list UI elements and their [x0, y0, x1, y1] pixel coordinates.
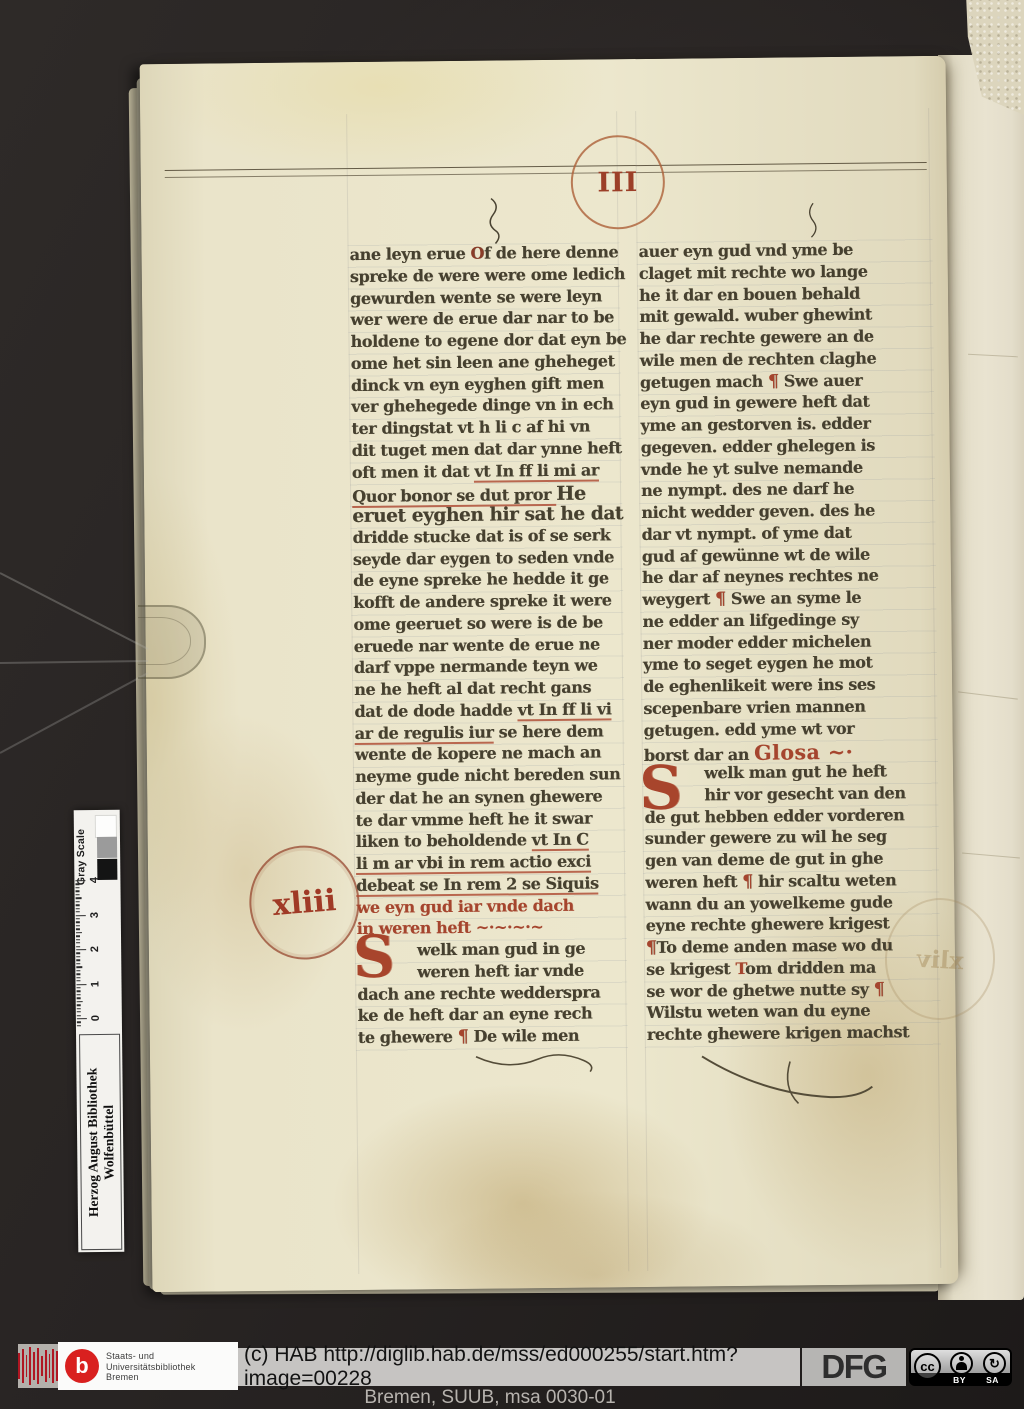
manuscript-text-segment: om dridden ma — [745, 957, 876, 977]
ruler-tick — [76, 894, 80, 895]
manuscript-text-segment: seyde dar eygen to seden vnde — [353, 547, 614, 569]
manuscript-text-segment: ver ghehegede dinge vn in ech — [351, 395, 613, 417]
manuscript-line: dridde stucke dat is of se serk — [352, 525, 624, 550]
manuscript-line: in weren heft ~·~·~·~ — [357, 916, 629, 941]
barcode-bar — [22, 1349, 24, 1383]
manuscript-text-segment: sunder gewere zu wil he seg — [645, 827, 887, 849]
manuscript-text-segment: dat de dode hadde — [354, 700, 517, 721]
manuscript-text-segment: oft men it dat — [352, 461, 475, 481]
manuscript-text-segment: ¶ — [768, 371, 779, 391]
chapter-number-margin: xliii — [271, 883, 337, 923]
ruler-tick — [76, 942, 80, 943]
manuscript-line: der dat he an synen ghewere — [355, 786, 627, 811]
manuscript-line: ter dingstat vt h li c af hi vn — [351, 416, 623, 441]
manuscript-line: kofft de andere spreke it were — [353, 590, 625, 615]
manuscript-line: gewurden wente se were leyn — [350, 286, 622, 311]
manuscript-text-segment: liken to beholdende — [356, 830, 532, 851]
manuscript-line: mit gewald. wuber ghewint — [639, 304, 937, 329]
grayscale-patch-gray — [97, 837, 117, 858]
manuscript-line: borst dar an Glosa ~· — [644, 739, 942, 764]
ruler-tick — [77, 1022, 81, 1023]
manuscript-line: hir vor gesecht van den — [644, 783, 942, 808]
manuscript-line: ne edder an lifgedinge sy — [642, 609, 940, 634]
manuscript-line: gud af gewünne wt de wile — [642, 543, 940, 568]
ruler-tick — [76, 935, 80, 936]
manuscript-text-segment: mit gewald. wuber ghewint — [639, 305, 872, 326]
manuscript-line: eyn gud in gewere heft dat — [640, 391, 938, 416]
ruler-tick — [77, 1001, 83, 1002]
manuscript-line: de gut hebben edder vorderen — [644, 804, 942, 829]
manuscript-photo-stage: III xliii ane leyn erue Of de here denne… — [0, 0, 1024, 1409]
manuscript-text-segment: ar de regulis iur — [355, 722, 494, 744]
ruler-tick — [77, 991, 81, 992]
manuscript-line: getugen mach ¶ Swe auer — [640, 369, 938, 394]
manuscript-line: wile men de rechten claghe — [640, 348, 938, 373]
manuscript-text-segment: scepenbare vrien mannen — [643, 696, 865, 717]
bremen-logo-icon: b — [65, 1349, 99, 1383]
manuscript-line: he dar rechte gewere an de — [639, 326, 937, 351]
manuscript-line: yme to seget eygen he mot — [643, 652, 941, 677]
manuscript-text-segment: weren heft iar vnde — [417, 960, 584, 981]
manuscript-line: Wilstu weten wan du eyne — [646, 1000, 944, 1025]
bremen-library-logo-panel: b Staats- und Universitätsbibliothek Bre… — [58, 1342, 238, 1390]
manuscript-line: te dar vmme heft he it swar — [355, 808, 627, 833]
ruler-tick — [76, 970, 80, 971]
ruler-tick — [76, 901, 80, 902]
manuscript-line: weren heft ¶ hir scaltu weten — [645, 870, 943, 895]
ruler-tick — [77, 1011, 81, 1012]
manuscript-text-segment: ¶ — [715, 589, 726, 609]
ruler-tick — [77, 1018, 87, 1019]
rubricated-initial-left: S — [353, 928, 395, 986]
ruler-tick — [77, 984, 87, 985]
ruler-tick — [77, 987, 81, 988]
manuscript-text-segment: ¶ — [646, 938, 657, 958]
scale-reference-card: Gray Scale 43210 Herzog August Bibliothe… — [74, 810, 125, 1252]
manuscript-line: darf vppe nermande teyn we — [354, 655, 626, 680]
manuscript-line: ne nympt. des ne darf he — [641, 478, 939, 503]
manuscript-line: oft men it dat vt In ff li mi ar — [352, 460, 624, 485]
leaf-edge-line — [958, 691, 1018, 699]
ruler-tick — [77, 1025, 81, 1026]
manuscript-text-segment: getugen mach — [640, 371, 768, 391]
manuscript-line: he dar af neynes rechtes ne — [642, 565, 940, 590]
ruler-tick — [76, 922, 80, 923]
manuscript-line: wann du an yowelkeme gude — [645, 891, 943, 916]
manuscript-line: de eghenlikeit were ins ses — [643, 674, 941, 699]
ruler-tick — [76, 915, 86, 916]
ruled-top-line — [165, 169, 927, 178]
manuscript-text-segment: he dar rechte gewere an de — [639, 327, 873, 348]
barcode-bar — [49, 1354, 51, 1378]
manuscript-text-segment: yme an gestorven is. edder — [640, 414, 870, 435]
manuscript-text-segment: de eyne spreke he hedde it ge — [353, 569, 609, 591]
manuscript-line: yme an gestorven is. edder — [640, 413, 938, 438]
manuscript-line: dach ane rechte wedderspra — [357, 982, 629, 1007]
copyright-url: (c) HAB http://diglib.hab.de/mss/ed00025… — [238, 1348, 800, 1386]
manuscript-line: dat de dode hadde vt In ff li vi — [354, 699, 626, 724]
ruler-tick — [77, 997, 81, 998]
manuscript-line: dar vt nympt. of yme dat — [641, 522, 939, 547]
manuscript-text-segment: hir scaltu weten — [753, 870, 897, 891]
manuscript-text-segment: getugen. edd yme wt vor — [643, 718, 854, 739]
manuscript-line: de eyne spreke he hedde it ge — [353, 568, 625, 593]
manuscript-text-segment: te dar vmme heft he it swar — [355, 808, 592, 829]
manuscript-text-segment: dinck vn eyn eyghen gift men — [351, 373, 604, 395]
manuscript-line: neyme gude nicht bereden sun — [355, 764, 627, 789]
manuscript-text-segment: de gut hebben edder vorderen — [644, 805, 904, 827]
manuscript-text-segment: O — [470, 244, 484, 263]
ruler-number: 4 — [88, 873, 100, 887]
bremen-barcode-logo — [18, 1344, 58, 1388]
manuscript-text-segment: vt In C — [532, 830, 589, 852]
bremen-library-name: Staats- und Universitätsbibliothek Breme… — [106, 1351, 195, 1383]
manuscript-line: gegeven. edder ghelegen is — [641, 435, 939, 460]
manuscript-text-segment: dit tuget men dat dar ynne heft — [352, 438, 622, 460]
manuscript-line: wer were de erue dar nar to be — [350, 307, 622, 332]
ruler-tick — [76, 956, 80, 957]
manuscript-line: wente de kopere ne mach an — [355, 742, 627, 767]
manuscript-line: liken to beholdende vt In C — [356, 829, 628, 854]
manuscript-text-segment: wile men de rechten claghe — [640, 348, 877, 369]
manuscript-line: gen van deme de gut in ghe — [645, 848, 943, 873]
manuscript-line: ome geeruet so were is de be — [353, 612, 625, 637]
manuscript-text-segment: eruede nar wente de erue ne — [354, 634, 600, 656]
manuscript-line: auer eyn gud vnd yme be — [638, 239, 936, 264]
ruler-tick — [76, 918, 80, 919]
ruler-number: 3 — [89, 907, 101, 921]
ruler-tick — [75, 887, 79, 888]
ruler-tick — [76, 966, 82, 967]
barcode-bar — [41, 1356, 43, 1376]
manuscript-text-segment: holdene to egene dor dat eyn be — [350, 329, 626, 351]
manuscript-text-segment: ne edder an lifgedinge sy — [642, 610, 858, 631]
manuscript-text-segment: De wile men — [468, 1026, 579, 1046]
manuscript-text-segment: gegeven. edder ghelegen is — [641, 435, 875, 456]
manuscript-line: ne he heft al dat recht gans — [354, 677, 626, 702]
manuscript-line: sunder gewere zu wil he seg — [645, 826, 943, 851]
manuscript-text-segment: weren heft — [645, 872, 742, 892]
ruler-tick — [76, 932, 82, 933]
manuscript-text-segment: vt In ff li vi — [517, 699, 611, 721]
manuscript-text-segment: wer were de erue dar nar to be — [350, 308, 614, 330]
leaf-edge-line — [968, 354, 1018, 358]
manuscript-line: dit tuget men dat dar ynne heft — [352, 438, 624, 463]
manuscript-text-segment: we eyn gud iar vnde dach — [356, 895, 574, 916]
ruler-tick — [76, 891, 80, 892]
ruler-tick — [76, 949, 86, 950]
manuscript-line: we eyn gud iar vnde dach — [356, 895, 628, 920]
manuscript-text-segment: To deme anden mase wo du — [656, 935, 892, 956]
manuscript-text-segment: yme to seget eygen he mot — [643, 653, 873, 674]
page-holder-clip-inner — [138, 617, 191, 665]
ruler-tick — [76, 904, 80, 905]
ruler-ticks: 43210 — [74, 880, 122, 1026]
manuscript-line: spreke de were were ome ledich — [350, 264, 622, 289]
manuscript-line: getugen. edd yme wt vor — [643, 717, 941, 742]
manuscript-text-segment: welk man gud in ge — [417, 939, 585, 960]
manuscript-line: eruede nar wente de erue ne — [354, 634, 626, 659]
folio-number-top: III — [597, 167, 638, 198]
show-through-folio-number: xliv — [916, 943, 964, 974]
manuscript-text-segment: gud af gewünne wt de wile — [642, 544, 870, 565]
manuscript-line: ome het sin leen ane gheheget — [351, 351, 623, 376]
ruler-number: 1 — [89, 976, 101, 990]
chapter-number-circle-margin: xliii — [245, 841, 364, 963]
manuscript-text-segment: ter dingstat vt h li c af hi vn — [351, 417, 590, 438]
manuscript-line: ke de heft dar an eyne rech — [357, 1003, 629, 1028]
manuscript-text-segment: ner moder edder michelen — [643, 631, 872, 652]
manuscript-text-segment: wente de kopere ne mach an — [355, 743, 601, 765]
manuscript-text-segment: dar vt nympt. of yme dat — [641, 523, 851, 544]
manuscript-line: scepenbare vrien mannen — [643, 696, 941, 721]
library-name-line2: Wolfenbüttel — [100, 1039, 118, 1245]
manuscript-text-segment: eyn gud in gewere heft dat — [640, 392, 869, 413]
manuscript-text-segment: se krigest — [646, 959, 735, 979]
manuscript-text-segment: der dat he an synen ghewere — [355, 786, 602, 808]
library-label-box: Herzog August Bibliothek Wolfenbüttel — [79, 1034, 122, 1250]
clip-shadow-streaks — [0, 545, 150, 785]
ruler-tick — [76, 946, 80, 947]
manuscript-text-segment: he it dar en bouen behald — [639, 283, 860, 304]
manuscript-text-segment: darf vppe nermande teyn we — [354, 656, 598, 678]
ruler-tick — [76, 973, 80, 974]
manuscript-line: claget mit rechte wo lange — [639, 261, 937, 286]
manuscript-text-segment: ne nympt. des ne darf he — [641, 479, 854, 500]
ruler-tick — [75, 884, 79, 885]
manuscript-text-segment: dridde stucke dat is of se serk — [352, 525, 610, 547]
manuscript-text-segment: se here dem — [493, 721, 603, 741]
cc-sa-arrow-icon: ↻ — [983, 1352, 1006, 1375]
manuscript-line: ane leyn erue Of de here denne — [349, 242, 621, 267]
cc-sa-label: SA — [980, 1375, 1005, 1385]
manuscript-text-segment: Wilstu weten wan du eyne — [646, 1001, 870, 1022]
barcode-bar — [37, 1348, 39, 1384]
ruler-tick — [77, 994, 81, 995]
manuscript-text-segment: neyme gude nicht bereden sun — [355, 764, 620, 786]
barcode-bar — [45, 1350, 47, 1382]
manuscript-text-segment: vt In ff li mi ar — [474, 460, 599, 482]
manuscript-line: debeat se In rem 2 se Siquis — [356, 873, 628, 898]
library-name: Herzog August Bibliothek Wolfenbüttel — [84, 1039, 118, 1245]
manuscript-text-segment: welk man gut he heft — [704, 761, 887, 782]
manuscript-text-segment: ke de heft dar an eyne rech — [357, 1004, 592, 1025]
manuscript-text-segment: ¶ — [742, 872, 753, 892]
manuscript-text-segment: se wor de ghetwe nutte sy — [646, 979, 874, 1000]
cc-by-person-icon — [950, 1352, 973, 1375]
manuscript-text-segment: wann du an yowelkeme gude — [645, 892, 892, 914]
cc-license-badge: cc ↻ BY SA — [909, 1348, 1012, 1386]
manuscript-text-segment: hir vor gesecht van den — [704, 783, 905, 804]
barcode-bar — [33, 1352, 35, 1380]
barcode-bar — [26, 1355, 28, 1377]
ruler-tick — [76, 939, 80, 940]
ruler-tick — [77, 1008, 81, 1009]
manuscript-text-segment: nicht wedder geven. des he — [641, 501, 875, 522]
manuscript-line: rechte ghewere krigen machst — [647, 1022, 945, 1047]
ruler-tick — [76, 960, 80, 961]
manuscript-text-segment: de eghenlikeit were ins ses — [643, 675, 875, 696]
barcode-bar — [18, 1353, 20, 1379]
manuscript-page: III xliii ane leyn erue Of de here denne… — [140, 56, 959, 1292]
manuscript-text-segment: gen van deme de gut in ghe — [645, 849, 883, 870]
manuscript-text-segment: He — [556, 482, 586, 505]
manuscript-text-segment: T — [735, 959, 745, 978]
ruler-tick — [75, 880, 85, 881]
manuscript-text-segment: spreke de were were ome ledich — [350, 264, 625, 286]
manuscript-line: weygert ¶ Swe an syme le — [642, 587, 940, 612]
manuscript-text-segment: he dar af neynes rechtes ne — [642, 566, 879, 587]
dfg-logo: DFG — [802, 1348, 906, 1386]
ruler-tick — [76, 897, 82, 898]
manuscript-text-segment: vnde he yt sulve nemande — [641, 457, 863, 478]
ruler-tick — [76, 911, 80, 912]
manuscript-line: ar de regulis iur se here dem — [355, 721, 627, 746]
ruler-number: 0 — [90, 1011, 102, 1025]
ruler-tick — [76, 925, 80, 926]
manuscript-text-segment: ne he heft al dat recht gans — [354, 678, 591, 699]
barcode-bar — [52, 1349, 54, 1383]
rubricated-initial-right: S — [639, 759, 683, 819]
library-name-line1: Herzog August Bibliothek — [84, 1039, 102, 1245]
manuscript-line: te ghewere ¶ De wile men — [358, 1025, 630, 1050]
ruler-number: 2 — [89, 942, 101, 956]
shelfmark-caption: Bremen, SUUB, msa 0030-01 — [320, 1387, 660, 1409]
manuscript-text-segment: ome het sin leen ane gheheget — [351, 351, 615, 373]
ruler-tick — [76, 977, 80, 978]
manuscript-text-segment: auer eyn gud vnd yme be — [638, 240, 852, 261]
manuscript-text-segment: te ghewere — [358, 1027, 458, 1047]
bremen-line-2: Universitätsbibliothek — [106, 1362, 195, 1373]
manuscript-text-segment: kofft de andere spreke it were — [353, 590, 611, 612]
leaf-edge-line — [962, 852, 1020, 858]
manuscript-line: welk man gud in ge — [357, 938, 629, 963]
bremen-line-3: Bremen — [106, 1372, 195, 1383]
ruler-tick — [77, 1015, 81, 1016]
manuscript-text-segment: gewurden wente se were leyn — [350, 286, 602, 308]
manuscript-line: vnde he yt sulve nemande — [641, 456, 939, 481]
grayscale-patch-white — [95, 815, 117, 838]
manuscript-line: seyde dar eygen to seden vnde — [353, 547, 625, 572]
manuscript-line: dinck vn eyn eyghen gift men — [351, 373, 623, 398]
cc-icon: cc — [914, 1353, 941, 1380]
manuscript-line: weren heft iar vnde — [357, 960, 629, 985]
manuscript-text-segment: claget mit rechte wo lange — [639, 261, 868, 282]
ruler-tick — [77, 1004, 81, 1005]
manuscript-text-segment: eruet eyghen hir sat he dat — [352, 503, 623, 527]
bremen-line-1: Staats- und — [106, 1351, 195, 1362]
manuscript-line: he it dar en bouen behald — [639, 282, 937, 307]
ruler-tick — [76, 908, 80, 909]
manuscript-text-segment: Swe an syme le — [726, 588, 862, 608]
manuscript-line: li m ar vbi in rem actio exci — [356, 851, 628, 876]
manuscript-text-segment: Swe auer — [778, 370, 862, 390]
manuscript-line: ner moder edder michelen — [643, 630, 941, 655]
manuscript-text-segment: li m ar vbi in rem actio exci — [356, 852, 591, 875]
manuscript-line: ver ghehegede dinge vn in ech — [351, 394, 623, 419]
manuscript-line: Quor bonor se dut pror He — [352, 481, 624, 506]
ruler-tick — [76, 953, 80, 954]
barcode-bar — [29, 1347, 31, 1385]
manuscript-text-segment: ane leyn erue — [349, 244, 470, 264]
manuscript-text-segment: f de here denne — [484, 242, 618, 262]
manuscript-text-segment: eyne rechte ghewere krigest — [646, 914, 890, 936]
manuscript-text-segment: ome geeruet so were is de be — [353, 612, 602, 634]
ruler-tick — [76, 928, 80, 929]
manuscript-line: holdene to egene dor dat eyn be — [350, 329, 622, 354]
manuscript-text-segment: weygert — [642, 589, 715, 609]
folio-number-circle-top: III — [570, 135, 665, 230]
ruler-tick — [76, 963, 80, 964]
manuscript-line: nicht wedder geven. des he — [641, 500, 939, 525]
footer-bar: b Staats- und Universitätsbibliothek Bre… — [0, 1342, 1024, 1409]
manuscript-text-segment: debeat se In rem 2 se Siquis — [356, 873, 599, 897]
manuscript-line: eruet eyghen hir sat he dat — [352, 503, 624, 528]
cc-by-label: BY — [947, 1375, 972, 1385]
ruler-tick — [76, 980, 80, 981]
manuscript-text-segment: ¶ — [874, 979, 885, 999]
manuscript-text-segment: rechte ghewere krigen machst — [647, 1022, 909, 1044]
